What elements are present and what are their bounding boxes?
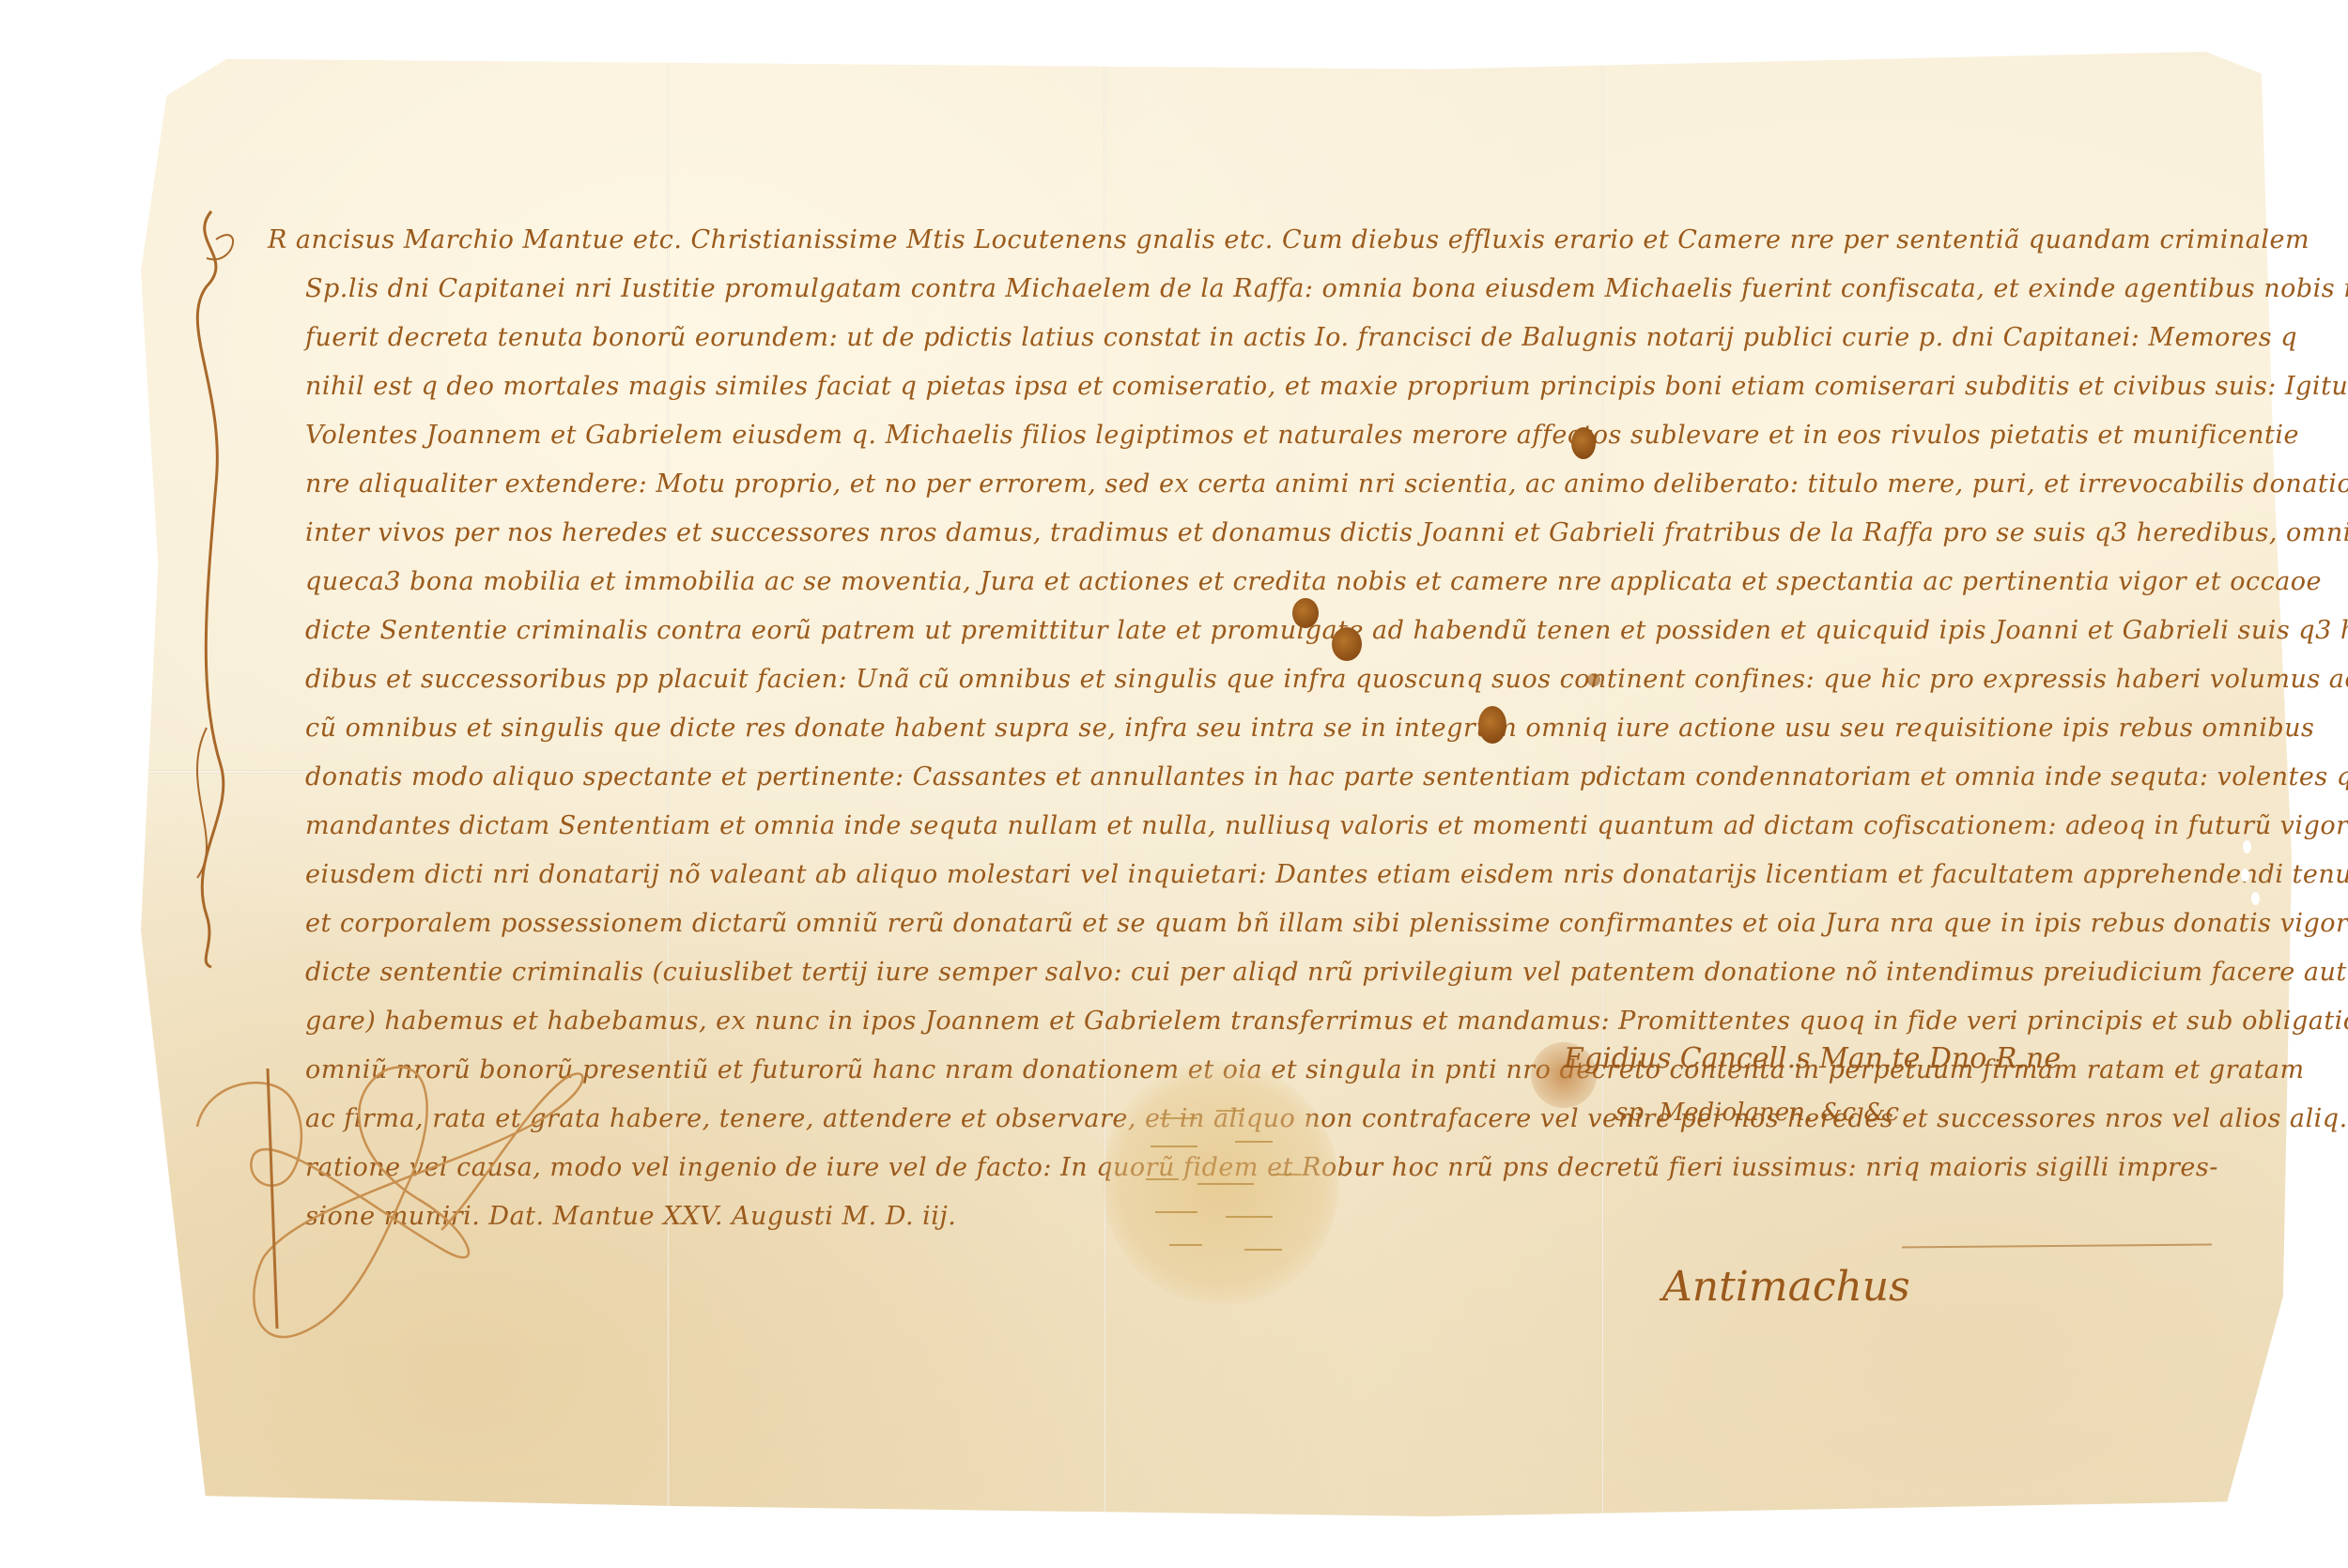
- wax-spot: [1292, 598, 1319, 628]
- text-line: cũ omnibus et singulis que dicte res don…: [305, 714, 2231, 762]
- text-line: Sp.lis dni Capitanei nri Iustitie promul…: [305, 274, 2231, 323]
- text-line: Volentes Joannem et Gabrielem eiusdem q.…: [305, 421, 2231, 469]
- text-line: dicte sententie criminalis (cuiuslibet t…: [305, 958, 2231, 1007]
- text-line: mandantes dictam Sententiam et omnia ind…: [305, 811, 2231, 860]
- text-line: fuerit decreta tenuta bonorũ eorundem: u…: [305, 323, 2231, 372]
- chancellor-signature: Egidius Cancell.s Man.te Dno R.ne: [1564, 1042, 2061, 1075]
- text-line: dicte Sententie criminalis contra eorũ p…: [305, 616, 2231, 665]
- initial-flourish-icon: [169, 202, 254, 972]
- secretary-signature: Antimachus: [1662, 1263, 1910, 1311]
- text-line: dibus et successoribus pp placuit facien…: [305, 665, 2231, 714]
- text-line: inter vivos per nos heredes et successor…: [305, 518, 2231, 567]
- wax-spot: [1332, 627, 1362, 661]
- text-line: queca3 bona mobilia et immobilia ac se m…: [305, 567, 2231, 616]
- text-line: et corporalem possessionem dictarũ omniũ…: [305, 909, 2231, 958]
- text-line: R ancisus Marchio Mantue etc. Christiani…: [268, 225, 2193, 274]
- chancellor-signature-line2: sp. Mediolanen. &c &c: [1615, 1099, 1899, 1127]
- monogram-icon: [188, 1061, 676, 1399]
- text-line: eiusdem dicti nri donatarij nõ valeant a…: [305, 860, 2231, 909]
- wax-spot: [1478, 706, 1506, 744]
- text-line: nihil est q deo mortales magis similes f…: [305, 372, 2231, 421]
- text-line: nre aliqualiter extendere: Motu proprio,…: [305, 469, 2231, 518]
- seal-impression: [1104, 1061, 1338, 1305]
- wax-spot: [1587, 673, 1600, 686]
- wax-spot: [1571, 427, 1596, 459]
- text-line: donatis modo aliquo spectante et pertine…: [305, 762, 2231, 811]
